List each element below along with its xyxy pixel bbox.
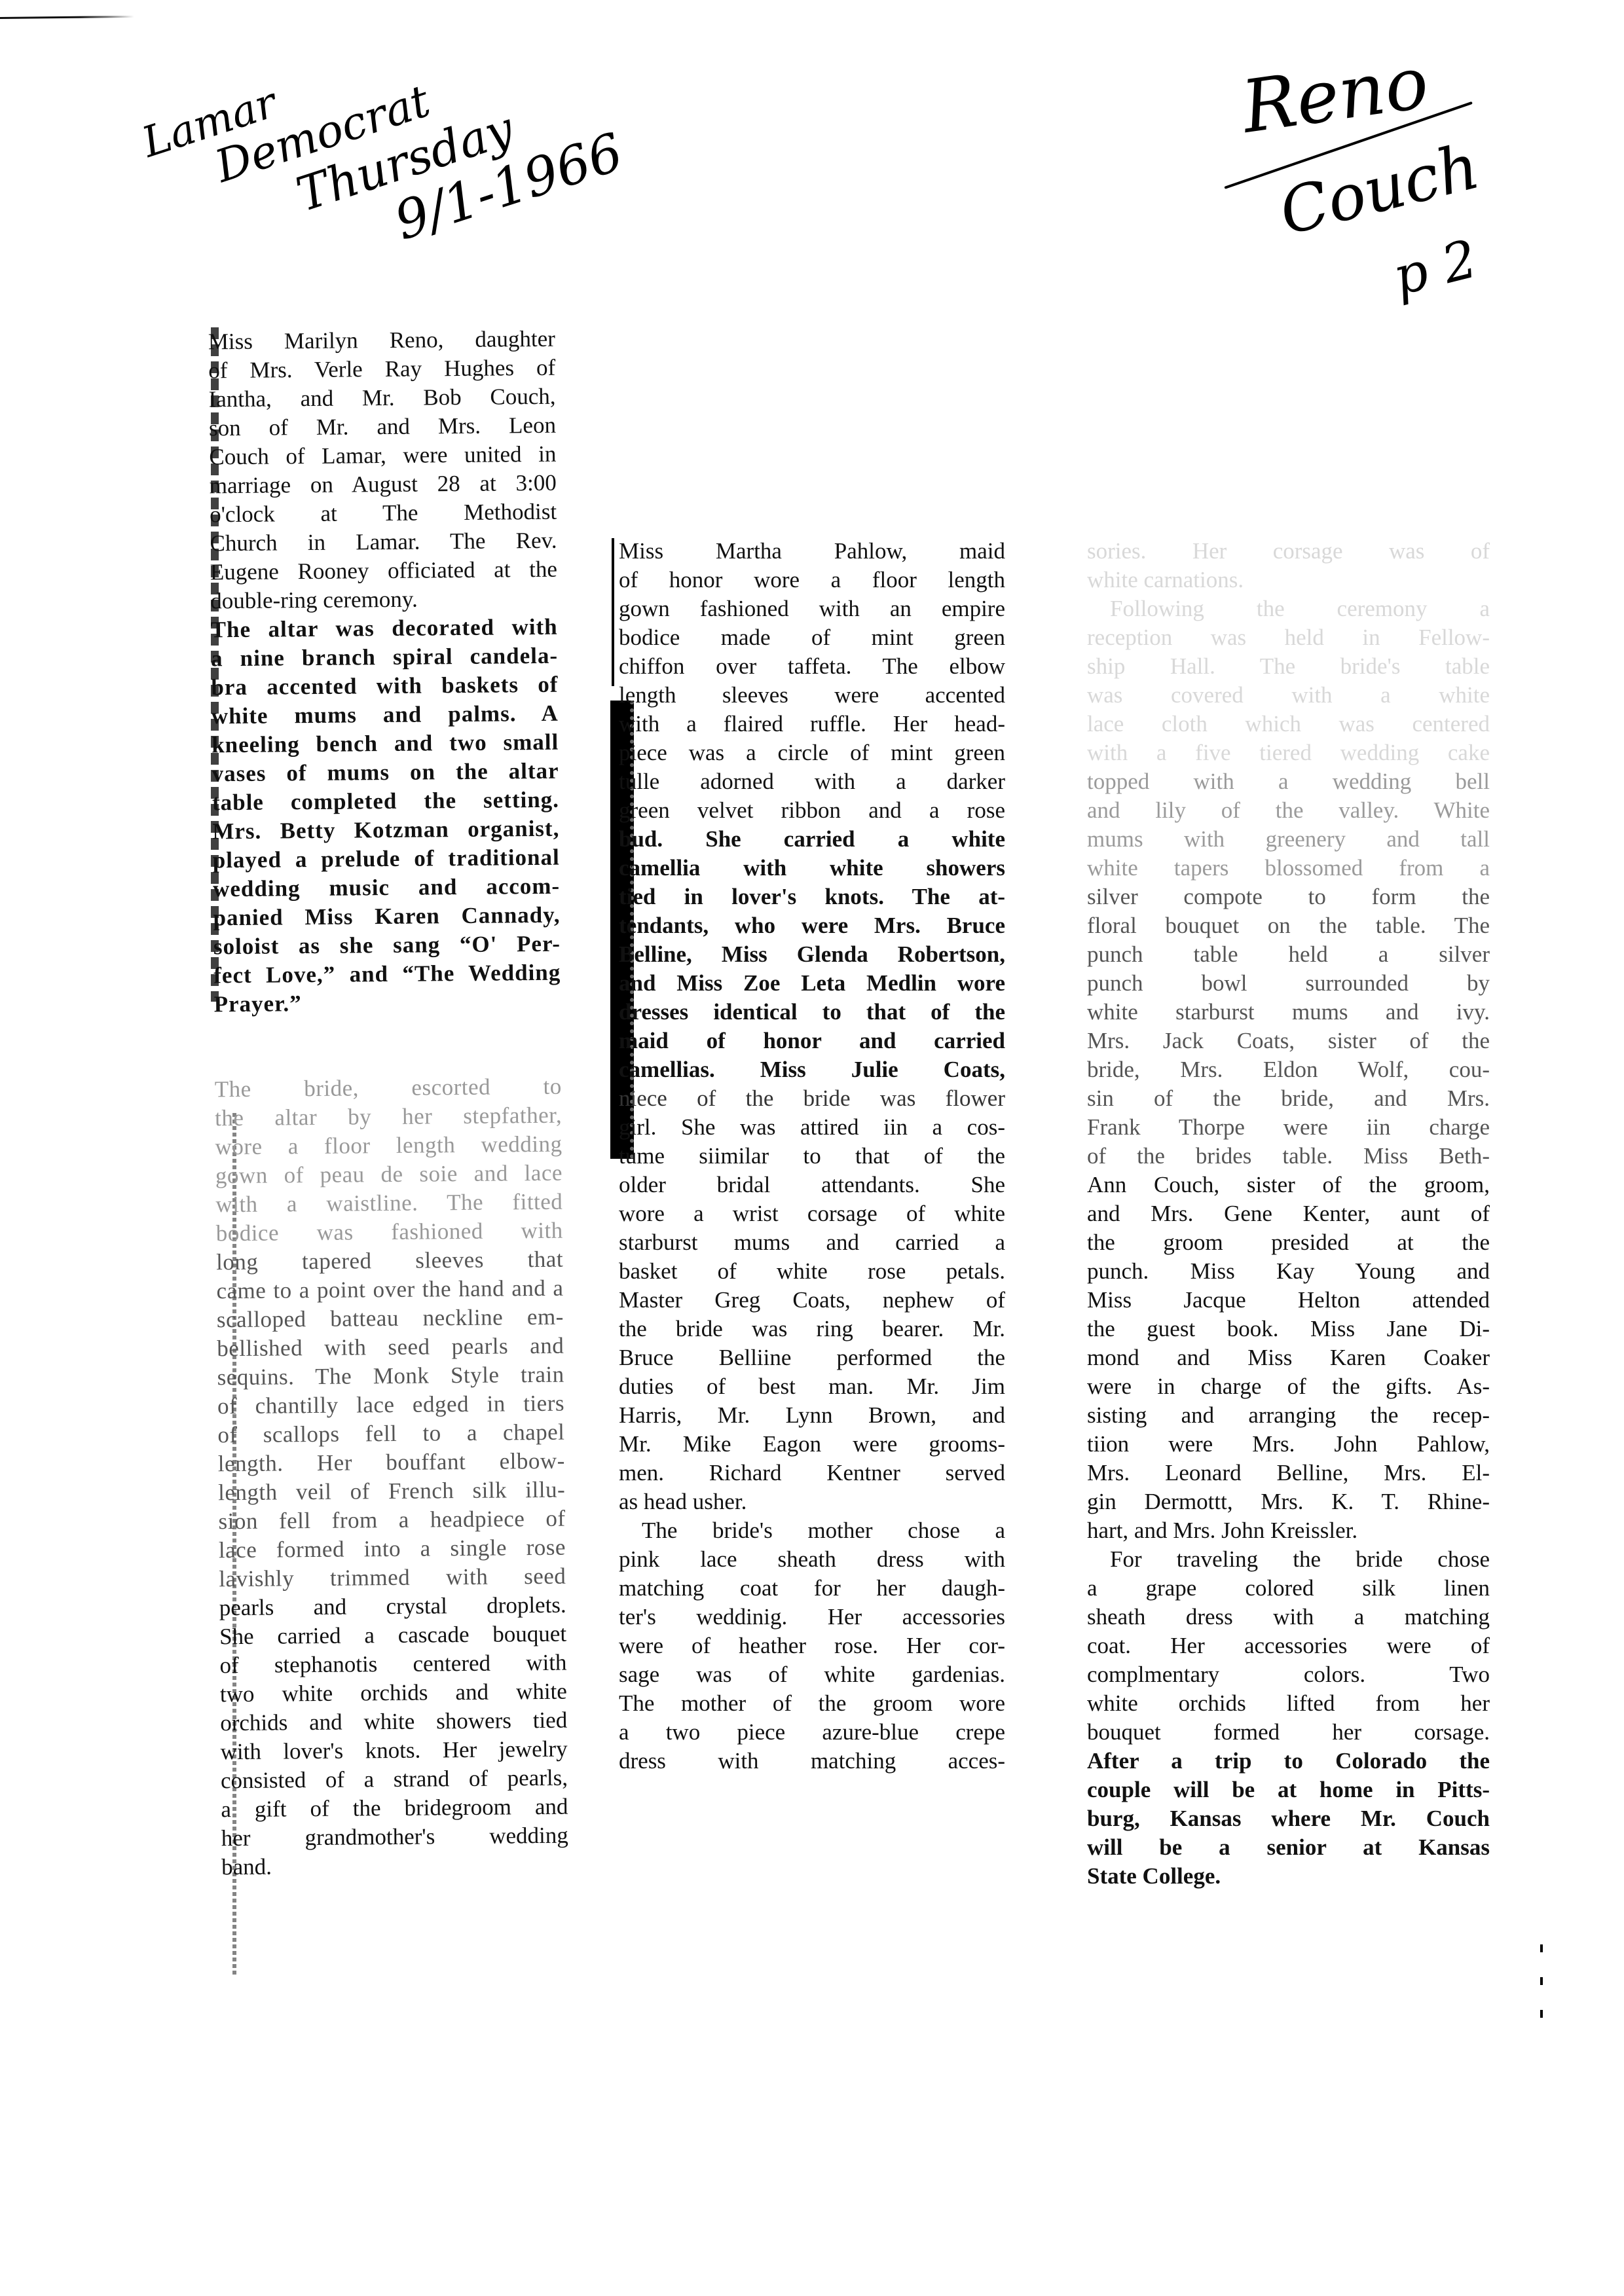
article-line: a two piece azure-blue crepe [619,1718,1005,1747]
article-line: Mrs. Leonard Belline, Mrs. El- [1087,1459,1490,1487]
article-line: After a trip to Colorado the [1087,1747,1490,1776]
article-line: tiion were Mrs. John Pahlow, [1087,1430,1490,1459]
article-line-faded: reception was held in Fellow- [1087,623,1490,652]
article-line: Frank Thorpe were iin charge [1087,1113,1490,1142]
article-line: a nine branch spiral candela- [211,642,558,674]
article-line: a grape colored silk linen [1087,1574,1490,1603]
article-line: sage was of white gardenias. [619,1660,1005,1689]
article-line: burg, Kansas where Mr. Couch [1087,1804,1490,1833]
article-line: The mother of the groom wore [619,1689,1005,1718]
article-line: Iantha, and Mr. Bob Couch, [208,382,555,414]
article-line: couple will be at home in Pitts- [1087,1776,1490,1804]
article-line: duties of best man. Mr. Jim [619,1372,1005,1401]
article-line: maid of honor and carried [619,1027,1005,1055]
article-line: fect Love,” and “The Wedding [213,958,561,991]
article-line: wore a wrist corsage of white [619,1199,1005,1228]
article-line: State College. [1087,1862,1490,1891]
article-line: of honor wore a floor length [619,566,1005,594]
article-line: Ann Couch, sister of the groom, [1087,1171,1490,1199]
article-line: hart, and Mrs. John Kreissler. [1087,1516,1490,1545]
article-line: Master Greg Coats, nephew of [619,1286,1005,1315]
article-line: Prayer.” [213,987,561,1019]
handwritten-name-couch: Couch [1274,134,1485,244]
article-line: a gift of the bridegroom and [221,1793,568,1825]
article-line: white mums and palms. A [212,699,559,731]
article-line: consisted of a strand of pearls, [221,1764,568,1796]
article-line: of Mrs. Verle Ray Hughes of [208,354,555,386]
handwritten-name-reno: Reno [1238,39,1483,143]
article-line-faded: white tapers blossomed from a [1087,854,1490,883]
scan-artifact-line [0,16,134,19]
handwritten-page-mark: p 2 [1388,232,1486,304]
article-line: Miss Martha Pahlow, maid [619,537,1005,566]
article-line: panied Miss Karen Cannady, [213,901,560,933]
article-line: as head usher. [619,1487,1005,1516]
article-line: camellias. Miss Julie Coats, [619,1055,1005,1084]
article-line: o'clock at The Methodist [210,498,557,530]
article-line: Couch of Lamar, were united in [209,440,556,472]
article-line-faded: lace cloth which was centered [1087,710,1490,738]
article-line: piece was a circle of mint green [619,738,1005,767]
article-line-faded: was covered with a white [1087,681,1490,710]
article-line: ter's weddinig. Her accessories [619,1603,1005,1631]
article-line: and Mrs. Gene Kenter, aunt of [1087,1199,1490,1228]
article-line: tume siimilar to that of the [619,1142,1005,1171]
article-line: wedding music and accom- [213,872,560,904]
article-line: with lover's knots. Her jewelry [220,1735,567,1767]
article-line-faded: of scallops fell to a chapel [217,1418,564,1450]
article-line: starburst mums and carried a [619,1228,1005,1257]
article-line: the bride was ring bearer. Mr. [619,1315,1005,1343]
article-line: pink lace sheath dress with [619,1545,1005,1574]
article-line: white starburst mums and ivy. [1087,998,1490,1027]
article-line: The bride's mother chose a [619,1516,1005,1545]
article-line-faded: sequins. The Monk Style train [217,1360,564,1393]
article-line: Mr. Mike Eagon were grooms- [619,1430,1005,1459]
article-line: punch table held a silver [1087,940,1490,969]
article-line: tendants, who were Mrs. Bruce [619,911,1005,940]
article-line: vases of mums on the altar [212,757,559,789]
article-line: Eugene Rooney officiated at the [210,555,557,587]
article-line: chiffon over taffeta. The elbow [619,652,1005,681]
article-line: sin of the bride, and Mrs. [1087,1084,1490,1113]
article-line-faded: sories. Her corsage was of [1087,537,1490,566]
article-line-faded: mums with greenery and tall [1087,825,1490,854]
article-column-middle: Miss Martha Pahlow, maid of honor wore a… [619,537,1005,1776]
article-line: men. Richard Kentner served [619,1459,1005,1487]
article-line-faded: white carnations. [1087,566,1490,594]
article-line: of the brides table. Miss Beth- [1087,1142,1490,1171]
article-line-faded: The bride, escorted to [215,1072,562,1104]
article-line: with a flaired ruffle. Her head- [619,710,1005,738]
handwritten-source-note: Lamar Democrat Thursday 9/1-1966 [138,0,629,315]
scan-margin-marks [1540,1944,1543,2043]
article-line: sheath dress with a matching [1087,1603,1490,1631]
article-line-faded: lavishly trimmed with seed [219,1562,566,1594]
article-line-faded: bodice was fashioned with [216,1216,563,1248]
article-line: Mrs. Betty Kotzman organist, [212,814,559,847]
article-line: Belline, Miss Glenda Robertson, [619,940,1005,969]
article-column-left: Miss Marilyn Reno, daughter of Mrs. Verl… [208,325,569,1882]
article-line: green velvet ribbon and a rose [619,796,1005,825]
article-line: son of Mr. and Mrs. Leon [209,411,556,443]
article-line: mond and Miss Karen Coaker [1087,1343,1490,1372]
article-line: were of heather rose. Her cor- [619,1631,1005,1660]
article-line: niece of the bride was flower [619,1084,1005,1113]
article-line: older bridal attendants. She [619,1171,1005,1199]
article-line-faded: long tapered sleeves that [216,1245,563,1277]
article-line: the guest book. Miss Jane Di- [1087,1315,1490,1343]
article-line: matching coat for her daugh- [619,1574,1005,1603]
article-line-faded: lace formed into a single rose [219,1533,566,1565]
article-line: complmentary colors. Two [1087,1660,1490,1689]
article-line: gown fashioned with an empire [619,594,1005,623]
article-line-faded: sion fell from a headpiece of [218,1504,565,1537]
article-line-faded: ship Hall. The bride's table [1087,652,1490,681]
article-line: Mrs. Jack Coats, sister of the [1087,1027,1490,1055]
article-line-faded: wore a floor length wedding [215,1130,562,1162]
article-line: orchids and white showers tied [220,1706,567,1738]
article-line: bra accented with baskets of [211,670,558,702]
article-line: band. [221,1850,568,1882]
article-line: bride, Mrs. Eldon Wolf, cou- [1087,1055,1490,1084]
article-line-faded: with a waistline. The fitted [215,1188,563,1220]
article-line: dresses identical to that of the [619,998,1005,1027]
article-column-right: sories. Her corsage was of white carnati… [1087,537,1490,1891]
article-line-faded: gown of peau de soie and lace [215,1159,563,1191]
article-line: white orchids lifted from her [1087,1689,1490,1718]
article-line: Bruce Belliine performed the [619,1343,1005,1372]
article-line: length sleeves were accented [619,681,1005,710]
article-line-faded: with a five tiered wedding cake [1087,738,1490,767]
article-line-faded: Following the ceremony a [1087,594,1490,623]
handwritten-names-note: Reno Couch p 2 [1225,72,1476,305]
article-line: kneeling bench and two small [212,728,559,760]
article-line: The altar was decorated with [210,613,557,645]
article-line: table completed the setting. [212,786,559,818]
article-line: tulle adorned with a darker [619,767,1005,796]
article-line: were in charge of the gifts. As- [1087,1372,1490,1401]
article-line: played a prelude of traditional [213,843,560,875]
article-line: Miss Marilyn Reno, daughter [208,325,555,357]
article-line: bud. She carried a white [619,825,1005,854]
article-line-faded: topped with a wedding bell [1087,767,1490,796]
article-line: will be a senior at Kansas [1087,1833,1490,1862]
article-line-faded: length veil of French silk illu- [218,1476,565,1508]
article-line-faded: bellished with seed pearls and [217,1332,564,1364]
article-line-faded: of chantilly lace edged in tiers [217,1389,564,1421]
article-line-faded: scalloped batteau neckline em- [217,1303,564,1335]
article-line: of stephanotis centered with [219,1649,566,1681]
article-line-faded: came to a point over the hand and a [216,1274,563,1306]
article-line-faded: the altar by her stepfather, [215,1101,562,1133]
article-line: floral bouquet on the table. The [1087,911,1490,940]
article-line: marriage on August 28 at 3:00 [210,469,557,501]
article-line: dress with matching acces- [619,1747,1005,1776]
article-line: For traveling the bride chose [1087,1545,1490,1574]
clipping-edge-rule [612,538,614,686]
article-line: the groom presided at the [1087,1228,1490,1257]
article-line: basket of white rose petals. [619,1257,1005,1286]
article-line: Church in Lamar. The Rev. [210,526,557,558]
article-line: double-ring ceremony. [210,584,557,616]
article-line: silver compote to form the [1087,883,1490,911]
article-line: girl. She was attired iin a cos- [619,1113,1005,1142]
article-line: gin Dermottt, Mrs. K. T. Rhine- [1087,1487,1490,1516]
article-line: soloist as she sang “O' Per- [213,930,561,962]
article-line: coat. Her accessories were of [1087,1631,1490,1660]
article-line: Harris, Mr. Lynn Brown, and [619,1401,1005,1430]
article-line: punch. Miss Kay Young and [1087,1257,1490,1286]
article-line: camellia with white showers [619,854,1005,883]
article-line: two white orchids and white [220,1677,567,1709]
article-line: Miss Jacque Helton attended [1087,1286,1490,1315]
article-line: sisting and arranging the recep- [1087,1401,1490,1430]
article-line: bodice made of mint green [619,623,1005,652]
article-line: pearls and crystal droplets. [219,1591,566,1623]
article-line: She carried a cascade bouquet [219,1620,566,1652]
article-line: punch bowl surrounded by [1087,969,1490,998]
article-line: and Miss Zoe Leta Medlin wore [619,969,1005,998]
article-line: her grandmother's wedding [221,1821,568,1853]
article-line: bouquet formed her corsage. [1087,1718,1490,1747]
article-line-faded: length. Her bouffant elbow- [218,1447,565,1479]
article-line: tied in lover's knots. The at- [619,883,1005,911]
article-line-faded: and lily of the valley. White [1087,796,1490,825]
